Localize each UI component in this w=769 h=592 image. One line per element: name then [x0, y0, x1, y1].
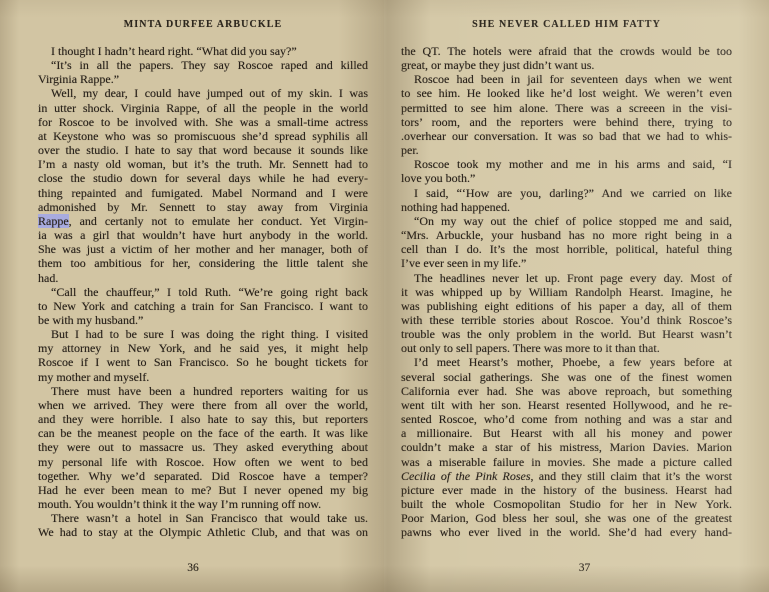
- text-line: “It’s in all the papers. They say Roscoe…: [38, 58, 368, 72]
- text-line: cell than I do. It’s the most horrible, …: [401, 242, 732, 256]
- text-line: trouble was the only problem in the worl…: [401, 327, 732, 341]
- running-header-right: SHE NEVER CALLED HIM FATTY: [401, 19, 732, 30]
- text-line: my attorney in New York, and he said yes…: [38, 341, 368, 355]
- text-line: We had to stay at the Olympic Athletic C…: [38, 525, 368, 539]
- text-line: California ever had. She was above repro…: [401, 384, 732, 398]
- text-line: couldn’t make a star of his mistress, Ma…: [401, 440, 732, 454]
- text-line: out only to sell papers. There was more …: [401, 341, 732, 355]
- book-spread: MINTA DURFEE ARBUCKLE I thought I hadn’t…: [0, 0, 769, 592]
- text-line: several social gatherings. She was one o…: [401, 370, 732, 384]
- text-line: Well, my dear, I could have jumped out o…: [38, 86, 368, 100]
- page-number-right: 37: [419, 562, 750, 574]
- text-line: permitted to see him alone. There was a …: [401, 101, 732, 115]
- text-line: the QT. The hotels were afraid that the …: [401, 44, 732, 58]
- text-line: my personal life with Roscoe. How often …: [38, 455, 368, 469]
- text-line: Roscoe took my mother and me in his arms…: [401, 157, 732, 171]
- text-line: ia was a girl that wouldn’t have hurt an…: [38, 228, 368, 242]
- text-line: sented Roscoe, who’d come from nothing a…: [401, 412, 732, 426]
- text-line: it was whipped up by William Randolph He…: [401, 285, 732, 299]
- text-line: had.: [38, 271, 368, 285]
- text-line: I’d meet Hearst’s mother, Phoebe, a few …: [401, 355, 732, 369]
- text-line: was publishing eight editions of his pap…: [401, 299, 732, 313]
- text-line: was a miserable failure in movies. She m…: [401, 455, 732, 469]
- book-page-left: MINTA DURFEE ARBUCKLE I thought I hadn’t…: [0, 0, 384, 592]
- text-line: I’ve ever seen in my life.”: [401, 256, 732, 270]
- text-line: I thought I hadn’t heard right. “What di…: [38, 44, 368, 58]
- text-line: them too ambitious for her, considering …: [38, 256, 368, 270]
- book-page-right: SHE NEVER CALLED HIM FATTY the QT. The h…: [384, 0, 769, 592]
- text-line: I’m a nasty old woman, but it’s the trut…: [38, 157, 368, 171]
- text-line: they were out to massacre us. They asked…: [38, 440, 368, 454]
- text-line: can be the meanest people on the face of…: [38, 426, 368, 440]
- text-line: Roscoe if I went to San Francisco. So he…: [38, 355, 368, 369]
- text-line: There must have been a hundred reporters…: [38, 384, 368, 398]
- text-line: to New York and catching a train for San…: [38, 299, 368, 313]
- text-line: admonished by Mr. Sennett to stay away f…: [38, 200, 368, 214]
- italic-title: Cecilia of the Pink Roses: [401, 469, 531, 483]
- page-text-left: I thought I hadn’t heard right. “What di…: [38, 44, 368, 539]
- text-line: Roscoe had been in jail for seventeen da…: [401, 72, 732, 86]
- text-line: “On my way out the chief of police stopp…: [401, 214, 732, 228]
- text-line: over the studio. I hate to say that word…: [38, 143, 368, 157]
- text-line: pawns who ever lived in the world. She’d…: [401, 525, 732, 539]
- text-line: I said, “‘How are you, darling?” And we …: [401, 186, 732, 200]
- text-line: “Call the chauffeur,” I told Ruth. “We’r…: [38, 285, 368, 299]
- page-text-right: the QT. The hotels were afraid that the …: [401, 44, 732, 539]
- text-line: Had he ever been mean to me? But I never…: [38, 483, 368, 497]
- text-line: mouth. You wouldn’t think it the way I’m…: [38, 497, 368, 511]
- search-highlight: Rappe: [38, 214, 69, 228]
- text-line: close the studio down for several days w…: [38, 171, 368, 185]
- text-line: in utter shock. Virginia Rappe, of all t…: [38, 101, 368, 115]
- text-line: great, or maybe they just didn’t want us…: [401, 58, 732, 72]
- text-line: thing repainted and fumigated. Mabel Nor…: [38, 186, 368, 200]
- text-line: The headlines never let up. Front page e…: [401, 271, 732, 285]
- text-line: a millionaire. But Hearst with all his m…: [401, 426, 732, 440]
- text-line: my mother and myself.: [38, 370, 368, 384]
- text-line: when we arrived. They were there from al…: [38, 398, 368, 412]
- text-line: There wasn’t a hotel in San Francisco th…: [38, 511, 368, 525]
- text-line: went tilt with her son. Hearst resented …: [401, 398, 732, 412]
- text-line: nothing had happened.: [401, 200, 732, 214]
- text-line: and they were horrible. I also hate to s…: [38, 412, 368, 426]
- text-line: tors’ room, and the reporters were behin…: [401, 115, 732, 129]
- text-line: Rappe, and certanly not to emulate her c…: [38, 214, 368, 228]
- text-line: built the whole Cosmopolitan Studio for …: [401, 497, 732, 511]
- text-line: Virginia Rappe.”: [38, 72, 368, 86]
- text-line: to see him. He looked like he’d lost wei…: [401, 86, 732, 100]
- text-line: picture ever made in the history of the …: [401, 483, 732, 497]
- page-number-left: 36: [28, 562, 358, 574]
- text-line: together. Why we’d separated. Did Roscoe…: [38, 469, 368, 483]
- text-line: be with my husband.”: [38, 313, 368, 327]
- text-line: .overhear our conversation. It was so ba…: [401, 129, 732, 143]
- text-line: She was just a victim of her mother and …: [38, 242, 368, 256]
- text-line: “Mrs. Arbuckle, your husband has no more…: [401, 228, 732, 242]
- text-line: Cecilia of the Pink Roses, and they stil…: [401, 469, 732, 483]
- text-line: love you both.”: [401, 171, 732, 185]
- text-line: per.: [401, 143, 732, 157]
- text-line: at Keystone who was so promiscuous she’d…: [38, 129, 368, 143]
- running-header-left: MINTA DURFEE ARBUCKLE: [38, 19, 368, 30]
- text-line: Poor Marion, God bless her soul, she was…: [401, 511, 732, 525]
- text-line: But I had to be sure I was doing the rig…: [38, 327, 368, 341]
- text-line: for Roscoe to be involved with. She was …: [38, 115, 368, 129]
- text-line: with these terrible stories about Roscoe…: [401, 313, 732, 327]
